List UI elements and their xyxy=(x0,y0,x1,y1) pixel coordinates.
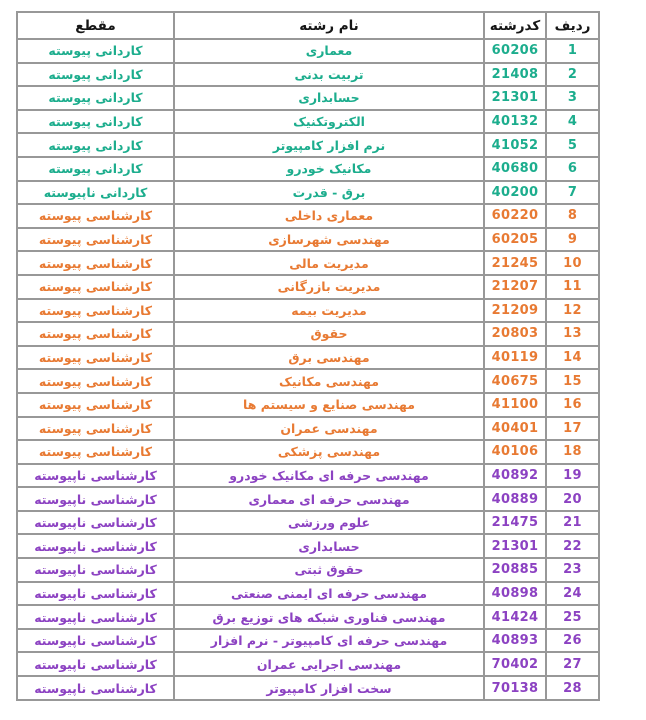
cell-code: 40898 xyxy=(484,582,546,606)
table-row: 1 60206 معماری کاردانی پیوسته xyxy=(17,39,599,63)
cell-name: نرم افزار کامپیوتر xyxy=(174,133,484,157)
cell-level: کارشناسی ناپیوسته xyxy=(17,582,174,606)
cell-row-number: 11 xyxy=(546,275,599,299)
cell-row-number: 17 xyxy=(546,417,599,441)
cell-name: مهندسی شهرسازی xyxy=(174,228,484,252)
cell-row-number: 9 xyxy=(546,228,599,252)
cell-level: کارشناسی پیوسته xyxy=(17,322,174,346)
cell-code: 40893 xyxy=(484,629,546,653)
cell-name: معماری داخلی xyxy=(174,204,484,228)
table-row: 27 70402 مهندسی اجرایی عمران کارشناسی نا… xyxy=(17,652,599,676)
cell-code: 41424 xyxy=(484,605,546,629)
table-row: 4 40132 الکتروتکنیک کاردانی پیوسته xyxy=(17,110,599,134)
cell-level: کارشناسی ناپیوسته xyxy=(17,558,174,582)
cell-name: مهندسی عمران xyxy=(174,417,484,441)
cell-code: 70402 xyxy=(484,652,546,676)
cell-level: کارشناسی پیوسته xyxy=(17,393,174,417)
cell-name: الکتروتکنیک xyxy=(174,110,484,134)
table-row: 3 21301 حسابداری کاردانی پیوسته xyxy=(17,86,599,110)
cell-code: 60206 xyxy=(484,39,546,63)
cell-name: مهندسی حرفه ای کامپیوتر - نرم افزار xyxy=(174,629,484,653)
cell-row-number: 28 xyxy=(546,676,599,700)
cell-name: علوم ورزشی xyxy=(174,511,484,535)
cell-row-number: 7 xyxy=(546,181,599,205)
cell-code: 21475 xyxy=(484,511,546,535)
cell-row-number: 19 xyxy=(546,464,599,488)
cell-level: کارشناسی ناپیوسته xyxy=(17,605,174,629)
cell-name: حقوق ثبتی xyxy=(174,558,484,582)
cell-code: 40401 xyxy=(484,417,546,441)
cell-name: حسابداری xyxy=(174,86,484,110)
cell-level: کارشناسی پیوسته xyxy=(17,275,174,299)
header-level: مقطع xyxy=(17,12,174,39)
cell-row-number: 27 xyxy=(546,652,599,676)
table-row: 21 21475 علوم ورزشی کارشناسی ناپیوسته xyxy=(17,511,599,535)
cell-row-number: 14 xyxy=(546,346,599,370)
table-row: 15 40675 مهندسی مکانیک کارشناسی پیوسته xyxy=(17,369,599,393)
cell-level: کاردانی پیوسته xyxy=(17,39,174,63)
cell-code: 70138 xyxy=(484,676,546,700)
cell-code: 21209 xyxy=(484,299,546,323)
cell-row-number: 8 xyxy=(546,204,599,228)
table-row: 9 60205 مهندسی شهرسازی کارشناسی پیوسته xyxy=(17,228,599,252)
cell-level: کارشناسی ناپیوسته xyxy=(17,629,174,653)
cell-row-number: 13 xyxy=(546,322,599,346)
table-row: 5 41052 نرم افزار کامپیوتر کاردانی پیوست… xyxy=(17,133,599,157)
cell-code: 40889 xyxy=(484,487,546,511)
cell-level: کارشناسی ناپیوسته xyxy=(17,676,174,700)
cell-name: مکانیک خودرو xyxy=(174,157,484,181)
cell-name: برق - قدرت xyxy=(174,181,484,205)
cell-row-number: 12 xyxy=(546,299,599,323)
cell-name: مهندسی برق xyxy=(174,346,484,370)
cell-code: 60205 xyxy=(484,228,546,252)
cell-level: کاردانی پیوسته xyxy=(17,110,174,134)
cell-code: 40132 xyxy=(484,110,546,134)
cell-row-number: 6 xyxy=(546,157,599,181)
cell-level: کارشناسی ناپیوسته xyxy=(17,511,174,535)
cell-level: کارشناسی ناپیوسته xyxy=(17,464,174,488)
cell-code: 21301 xyxy=(484,86,546,110)
cell-name: حقوق xyxy=(174,322,484,346)
cell-row-number: 20 xyxy=(546,487,599,511)
cell-row-number: 23 xyxy=(546,558,599,582)
cell-code: 20885 xyxy=(484,558,546,582)
cell-row-number: 3 xyxy=(546,86,599,110)
cell-code: 40200 xyxy=(484,181,546,205)
cell-name: مهندسی اجرایی عمران xyxy=(174,652,484,676)
table-row: 7 40200 برق - قدرت کاردانی ناپیوسته xyxy=(17,181,599,205)
cell-level: کارشناسی پیوسته xyxy=(17,346,174,370)
cell-row-number: 10 xyxy=(546,251,599,275)
table-row: 12 21209 مدیریت بیمه کارشناسی پیوسته xyxy=(17,299,599,323)
table-row: 14 40119 مهندسی برق کارشناسی پیوسته xyxy=(17,346,599,370)
cell-name: مهندسی حرفه ای ایمنی صنعتی xyxy=(174,582,484,606)
cell-level: کارشناسی پیوسته xyxy=(17,299,174,323)
cell-level: کاردانی پیوسته xyxy=(17,63,174,87)
cell-code: 21408 xyxy=(484,63,546,87)
table-row: 19 40892 مهندسی حرفه ای مکانیک خودرو کار… xyxy=(17,464,599,488)
cell-code: 40892 xyxy=(484,464,546,488)
cell-code: 40680 xyxy=(484,157,546,181)
header-row: ردیف کدرشته نام رشته مقطع xyxy=(17,12,599,39)
cell-code: 21207 xyxy=(484,275,546,299)
cell-name: مهندسی مکانیک xyxy=(174,369,484,393)
cell-level: کارشناسی ناپیوسته xyxy=(17,652,174,676)
cell-level: کارشناسی پیوسته xyxy=(17,369,174,393)
cell-row-number: 26 xyxy=(546,629,599,653)
cell-level: کارشناسی پیوسته xyxy=(17,204,174,228)
cell-code: 60220 xyxy=(484,204,546,228)
cell-level: کارشناسی ناپیوسته xyxy=(17,487,174,511)
cell-row-number: 15 xyxy=(546,369,599,393)
cell-row-number: 22 xyxy=(546,534,599,558)
table-row: 22 21301 حسابداری کارشناسی ناپیوسته xyxy=(17,534,599,558)
table-row: 10 21245 مدیریت مالی کارشناسی پیوسته xyxy=(17,251,599,275)
table-row: 16 41100 مهندسی صنایع و سیستم ها کارشناس… xyxy=(17,393,599,417)
cell-code: 40106 xyxy=(484,440,546,464)
cell-name: معماری xyxy=(174,39,484,63)
header-row-number: ردیف xyxy=(546,12,599,39)
cell-row-number: 4 xyxy=(546,110,599,134)
table-row: 11 21207 مدیریت بازرگانی کارشناسی پیوسته xyxy=(17,275,599,299)
cell-level: کاردانی پیوسته xyxy=(17,157,174,181)
cell-level: کارشناسی پیوسته xyxy=(17,440,174,464)
table-row: 18 40106 مهندسی پزشکی کارشناسی پیوسته xyxy=(17,440,599,464)
header-code: کدرشته xyxy=(484,12,546,39)
programs-table: ردیف کدرشته نام رشته مقطع 1 60206 معماری… xyxy=(16,11,600,701)
cell-row-number: 5 xyxy=(546,133,599,157)
cell-name: سخت افزار کامپیوتر xyxy=(174,676,484,700)
cell-code: 40119 xyxy=(484,346,546,370)
cell-name: تربیت بدنی xyxy=(174,63,484,87)
table-row: 8 60220 معماری داخلی کارشناسی پیوسته xyxy=(17,204,599,228)
cell-row-number: 18 xyxy=(546,440,599,464)
cell-code: 40675 xyxy=(484,369,546,393)
cell-code: 41052 xyxy=(484,133,546,157)
cell-name: مهندسی پزشکی xyxy=(174,440,484,464)
cell-name: مهندسی صنایع و سیستم ها xyxy=(174,393,484,417)
table-row: 17 40401 مهندسی عمران کارشناسی پیوسته xyxy=(17,417,599,441)
cell-name: حسابداری xyxy=(174,534,484,558)
cell-code: 21301 xyxy=(484,534,546,558)
cell-level: کارشناسی پیوسته xyxy=(17,251,174,275)
cell-row-number: 2 xyxy=(546,63,599,87)
cell-level: کارشناسی پیوسته xyxy=(17,228,174,252)
cell-level: کارشناسی پیوسته xyxy=(17,417,174,441)
cell-level: کاردانی پیوسته xyxy=(17,86,174,110)
cell-name: مهندسی فناوری شبکه های توزیع برق xyxy=(174,605,484,629)
cell-code: 21245 xyxy=(484,251,546,275)
header-name: نام رشته xyxy=(174,12,484,39)
cell-row-number: 16 xyxy=(546,393,599,417)
cell-level: کارشناسی ناپیوسته xyxy=(17,534,174,558)
cell-row-number: 24 xyxy=(546,582,599,606)
cell-row-number: 25 xyxy=(546,605,599,629)
table-row: 2 21408 تربیت بدنی کاردانی پیوسته xyxy=(17,63,599,87)
table-row: 25 41424 مهندسی فناوری شبکه های توزیع بر… xyxy=(17,605,599,629)
table-row: 20 40889 مهندسی حرفه ای معماری کارشناسی … xyxy=(17,487,599,511)
table-row: 23 20885 حقوق ثبتی کارشناسی ناپیوسته xyxy=(17,558,599,582)
table-body: 1 60206 معماری کاردانی پیوسته 2 21408 تر… xyxy=(17,39,599,700)
table-row: 26 40893 مهندسی حرفه ای کامپیوتر - نرم ا… xyxy=(17,629,599,653)
cell-name: مدیریت بیمه xyxy=(174,299,484,323)
table-row: 24 40898 مهندسی حرفه ای ایمنی صنعتی کارش… xyxy=(17,582,599,606)
table-row: 6 40680 مکانیک خودرو کاردانی پیوسته xyxy=(17,157,599,181)
cell-row-number: 21 xyxy=(546,511,599,535)
cell-row-number: 1 xyxy=(546,39,599,63)
cell-code: 41100 xyxy=(484,393,546,417)
cell-level: کاردانی پیوسته xyxy=(17,133,174,157)
table-row: 28 70138 سخت افزار کامپیوتر کارشناسی ناپ… xyxy=(17,676,599,700)
cell-name: مهندسی حرفه ای مکانیک خودرو xyxy=(174,464,484,488)
cell-code: 20803 xyxy=(484,322,546,346)
cell-name: مهندسی حرفه ای معماری xyxy=(174,487,484,511)
table-row: 13 20803 حقوق کارشناسی پیوسته xyxy=(17,322,599,346)
cell-name: مدیریت بازرگانی xyxy=(174,275,484,299)
cell-level: کاردانی ناپیوسته xyxy=(17,181,174,205)
cell-name: مدیریت مالی xyxy=(174,251,484,275)
